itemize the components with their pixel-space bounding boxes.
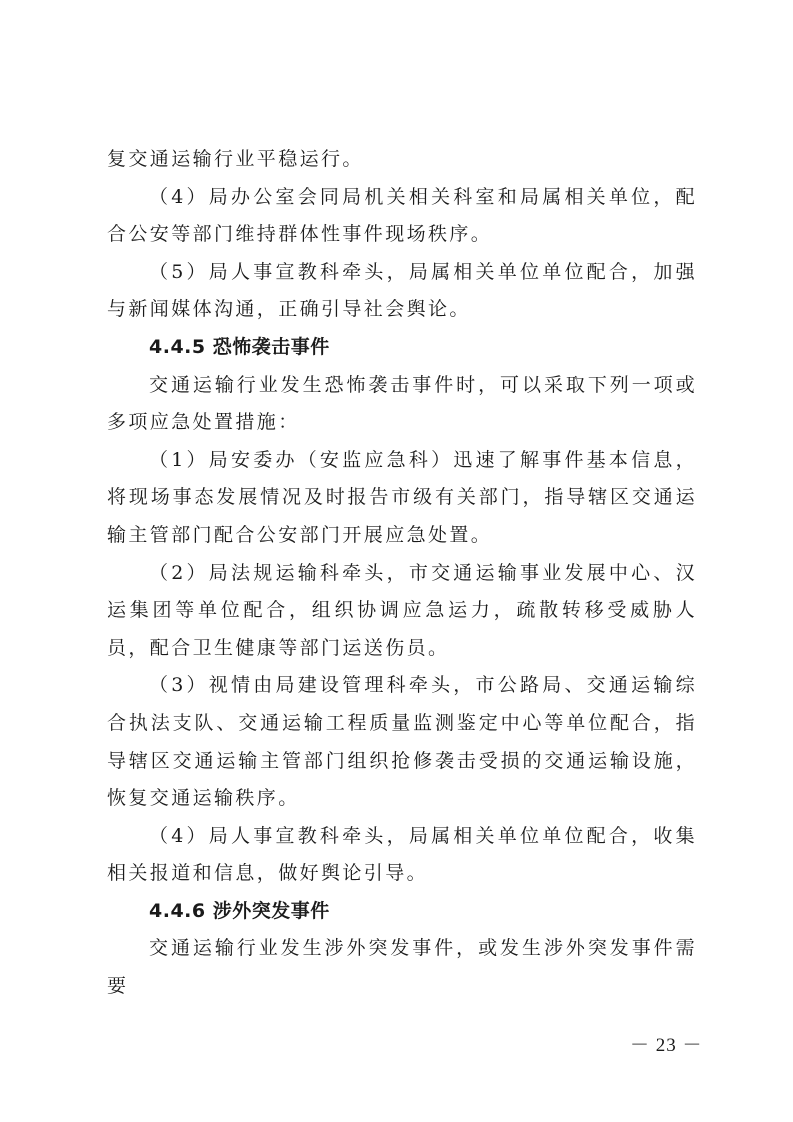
section-heading-4-4-6: 4.4.6 涉外突发事件 <box>107 893 697 931</box>
page-number: － 23 － <box>630 1030 703 1057</box>
paragraph-terror-intro: 交通运输行业发生恐怖袭击事件时，可以采取下列一项或多项应急处置措施： <box>107 367 697 442</box>
paragraph-continuation: 复交通运输行业平稳运行。 <box>107 141 697 179</box>
document-page: 复交通运输行业平稳运行。 （4）局办公室会同局机关相关科室和局属相关单位，配合公… <box>0 0 793 1122</box>
page-body: 复交通运输行业平稳运行。 （4）局办公室会同局机关相关科室和局属相关单位，配合公… <box>107 141 697 1006</box>
paragraph-foreign-intro: 交通运输行业发生涉外突发事件，或发生涉外突发事件需要 <box>107 930 697 1005</box>
list-item-5-publicity: （5）局人事宣教科牵头，局属相关单位单位配合，加强与新闻媒体沟通，正确引导社会舆… <box>107 254 697 329</box>
list-item-4-publicity: （4）局人事宣教科牵头，局属相关单位单位配合，收集相关报道和信息，做好舆论引导。 <box>107 818 697 893</box>
list-item-1-safety-office: （1）局安委办（安监应急科）迅速了解事件基本信息，将现场事态发展情况及时报告市级… <box>107 442 697 555</box>
list-item-2-regulation: （2）局法规运输科牵头，市交通运输事业发展中心、汉运集团等单位配合，组织协调应急… <box>107 555 697 668</box>
list-item-4-office: （4）局办公室会同局机关相关科室和局属相关单位，配合公安等部门维持群体性事件现场… <box>107 179 697 254</box>
section-heading-4-4-5: 4.4.5 恐怖袭击事件 <box>107 329 697 367</box>
list-item-3-construction: （3）视情由局建设管理科牵头，市公路局、交通运输综合执法支队、交通运输工程质量监… <box>107 667 697 817</box>
